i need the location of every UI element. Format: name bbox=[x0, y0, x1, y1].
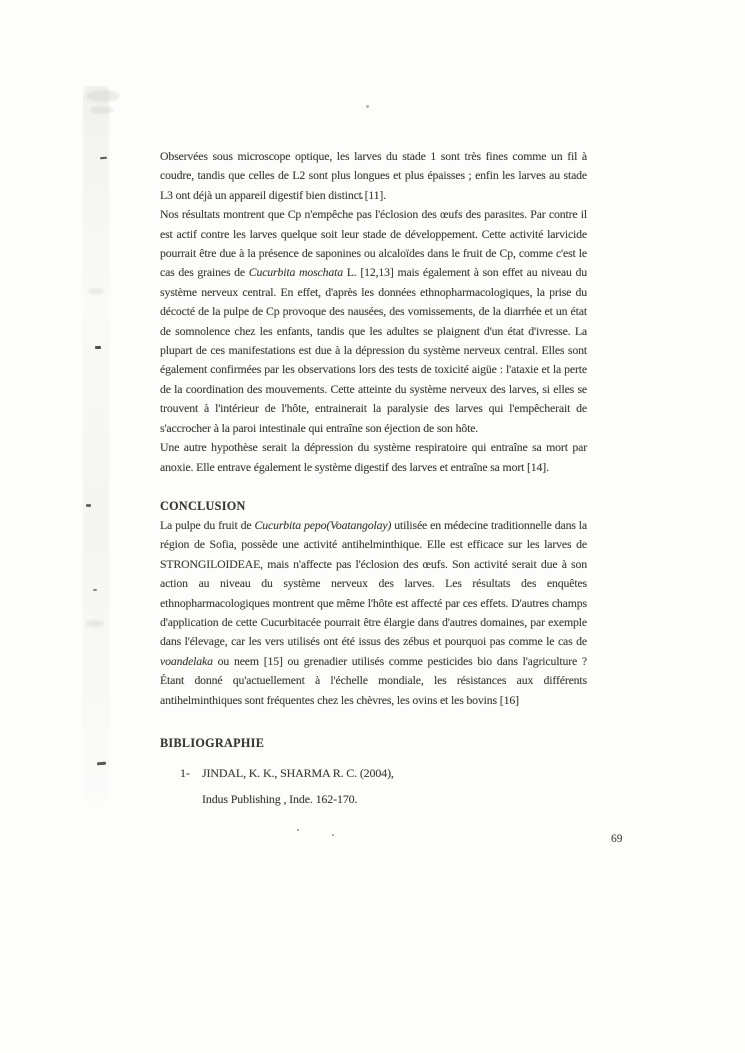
paragraph-text: Observées sous microscope optique, les l… bbox=[160, 149, 587, 202]
conclusion-paragraph: La pulpe du fruit de Cucurbita pepo(Voat… bbox=[160, 516, 587, 710]
margin-dash-mark bbox=[97, 762, 106, 766]
scan-edge-shadow bbox=[83, 86, 109, 802]
bibliography-entry-line: JINDAL, K. K., SHARMA R. C. (2004), bbox=[202, 760, 394, 786]
bibliography-section: BIBLIOGRAPHIE 1- JINDAL, K. K., SHARMA R… bbox=[160, 733, 587, 812]
margin-dash-mark bbox=[86, 504, 91, 507]
page-number: 69 bbox=[611, 833, 623, 845]
plant-name-italic: voandelaka bbox=[160, 654, 213, 668]
paragraph-larvae-observation: Observées sous microscope optique, les l… bbox=[160, 147, 587, 205]
main-text-block: Observées sous microscope optique, les l… bbox=[160, 147, 587, 477]
species-name-italic: Cucurbita moschata bbox=[249, 265, 343, 279]
bibliography-heading: BIBLIOGRAPHIE bbox=[160, 733, 587, 753]
conclusion-heading: CONCLUSION bbox=[160, 496, 587, 516]
scan-smudge bbox=[86, 90, 120, 102]
paragraph-text: Une autre hypothèse serait la dépression… bbox=[160, 440, 587, 473]
paragraph-results-discussion: Nos résultats montrent que Cp n'empêche … bbox=[160, 205, 587, 438]
paragraph-anoxia-hypothesis: Une autre hypothèse serait la dépression… bbox=[160, 438, 587, 477]
scanned-document-page: Observées sous microscope optique, les l… bbox=[0, 0, 745, 1053]
bibliography-entry-line: Indus Publishing , Inde. 162-170. bbox=[202, 786, 394, 812]
scan-smudge bbox=[86, 620, 104, 627]
margin-dash-mark bbox=[95, 346, 101, 349]
bibliography-entry: 1- JINDAL, K. K., SHARMA R. C. (2004), I… bbox=[180, 760, 587, 812]
scan-speck bbox=[366, 105, 369, 108]
scan-speck bbox=[297, 829, 299, 831]
scan-smudge bbox=[90, 106, 114, 114]
scan-speck bbox=[332, 834, 334, 836]
conclusion-section: CONCLUSION La pulpe du fruit de Cucurbit… bbox=[160, 496, 587, 710]
bibliography-entry-text: JINDAL, K. K., SHARMA R. C. (2004), Indu… bbox=[202, 760, 394, 812]
scan-smudge bbox=[88, 288, 104, 294]
paragraph-text: utilisée en médecine traditionnelle dans… bbox=[160, 518, 587, 648]
species-name-italic: Cucurbita pepo(Voatangolay) bbox=[255, 518, 392, 532]
margin-tick-mark bbox=[93, 589, 97, 591]
bibliography-entry-number: 1- bbox=[180, 760, 202, 812]
paragraph-text: L. [12,13] mais également à son effet au… bbox=[160, 265, 587, 434]
paragraph-text: ou neem [15] ou grenadier utilisés comme… bbox=[160, 654, 587, 707]
paragraph-text: La pulpe du fruit de bbox=[160, 518, 255, 532]
